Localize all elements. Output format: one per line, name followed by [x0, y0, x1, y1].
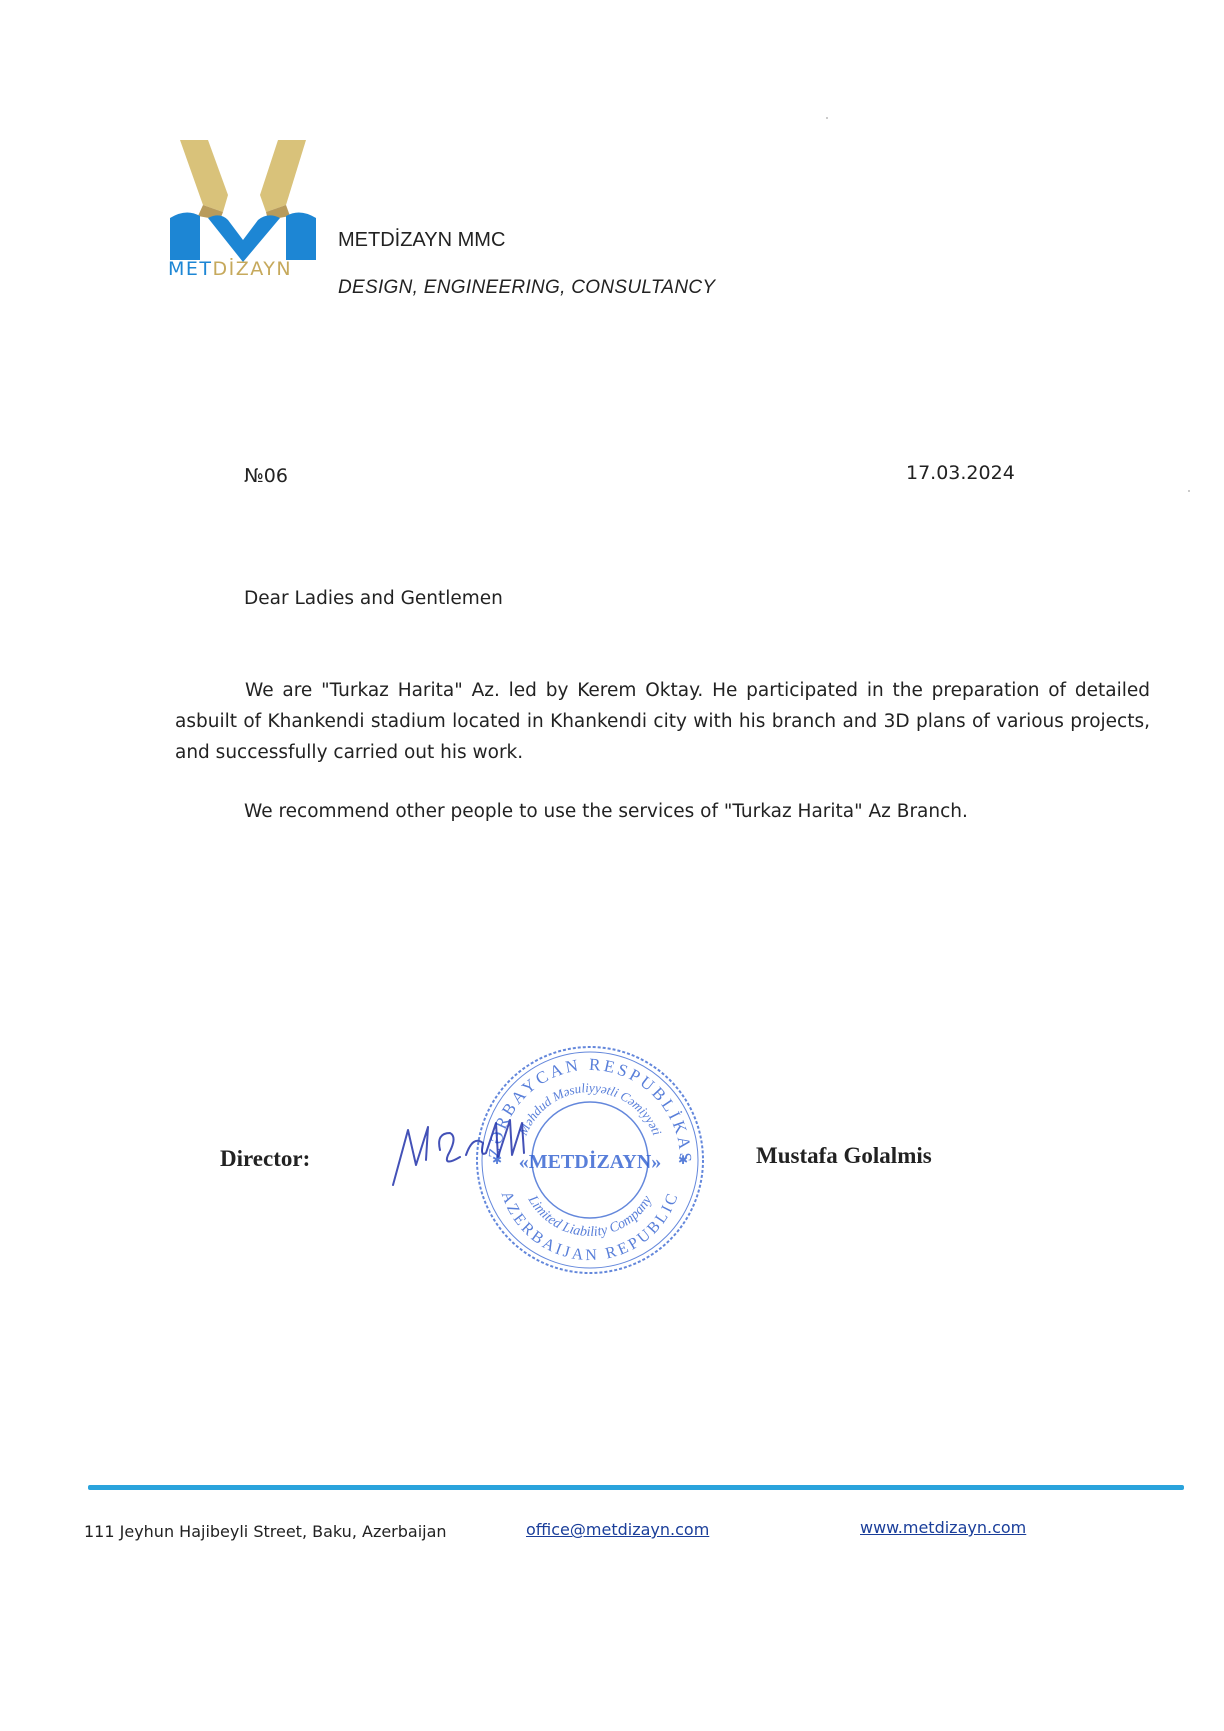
logo-wordmark: METDİZAYN — [168, 258, 292, 280]
footer-email-link[interactable]: office@metdizayn.com — [526, 1520, 709, 1539]
logo-word-dizayn: DİZAYN — [213, 258, 293, 280]
signature-icon — [388, 1105, 588, 1195]
letter-paragraph: We are "Turkaz Harita" Az. led by Kerem … — [175, 675, 1150, 768]
footer-address: 111 Jeyhun Hajibeyli Street, Baku, Azerb… — [84, 1522, 447, 1541]
salutation: Dear Ladies and Gentlemen — [244, 588, 503, 609]
footer-divider — [88, 1485, 1184, 1490]
svg-text:✱: ✱ — [678, 1153, 688, 1167]
logo-word-met: MET — [168, 258, 213, 280]
footer-website-link[interactable]: www.metdizayn.com — [860, 1518, 1026, 1537]
company-tagline: DESIGN, ENGINEERING, CONSULTANCY — [338, 277, 715, 299]
letter-date: 17.03.2024 — [906, 462, 1015, 484]
signatory-title: Director: — [220, 1146, 310, 1172]
letter-paragraph: We recommend other people to use the ser… — [244, 801, 968, 822]
scan-speck — [1188, 490, 1190, 492]
signatory-name: Mustafa Golalmis — [756, 1143, 932, 1169]
reference-number: №06 — [244, 465, 288, 487]
scan-speck — [826, 117, 828, 119]
company-name: METDİZAYN MMC — [338, 229, 505, 252]
